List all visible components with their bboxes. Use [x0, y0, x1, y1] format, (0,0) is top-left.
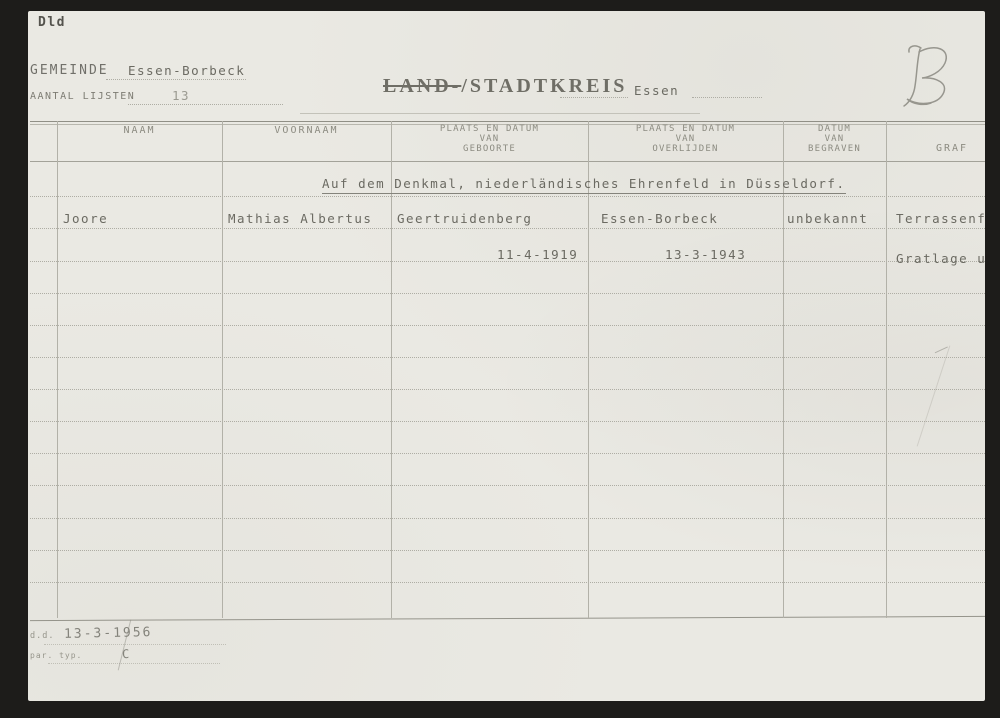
cell-geboorte-datum: 11-4-1919: [497, 247, 578, 262]
table-row-rule: [30, 582, 985, 583]
table-column-rule: [391, 121, 392, 618]
partyp-label: par. typ.: [30, 651, 82, 660]
title-rest-part: /STADTKREIS: [461, 75, 627, 97]
cell-overlijden-plaats: Essen-Borbeck: [601, 211, 718, 226]
table-column-rule: [783, 121, 784, 618]
gemeente-label: GEMEINDE: [30, 63, 109, 78]
table-row-rule: [30, 228, 985, 229]
scan-crease: [917, 345, 951, 446]
cell-overlijden-datum: 13-3-1943: [665, 247, 746, 262]
col-header-geboorte: PLAATS EN DATUM VAN GEBOORTE: [391, 124, 588, 154]
scan-smudge: [935, 346, 951, 360]
stadtkreis-value: Essen: [634, 83, 679, 98]
cell-naam: Joore: [63, 211, 108, 226]
title-rule-left: [560, 97, 628, 98]
col-header-naam: NAAM: [57, 126, 222, 136]
table-bottom-rule: [30, 616, 985, 621]
stray-rule: [300, 113, 700, 114]
table-row-rule: [30, 421, 985, 422]
title-rule-right: [692, 97, 762, 98]
table-row-rule: [30, 325, 985, 326]
table-column-rule: [222, 121, 223, 618]
scanned-form-paper: Dld GEMEINDE Essen-Borbeck AANTAL LIJSTE…: [28, 11, 985, 701]
cell-begraven: unbekannt: [787, 211, 868, 226]
col-header-voornaam: VOORNAAM: [222, 126, 391, 136]
cell-geboorte-plaats: Geertruidenberg: [397, 211, 532, 226]
header-bottom-rule: [30, 161, 985, 162]
handwritten-letter-b: [897, 42, 959, 114]
table-column-rule: [886, 121, 887, 618]
dd-value: 13-3-1956: [64, 625, 153, 642]
partyp-rule: [48, 663, 220, 664]
table-top-rule: [30, 121, 985, 122]
table-row-rule: [30, 550, 985, 551]
gemeente-rule: [106, 79, 246, 80]
col-header-overlijden: PLAATS EN DATUM VAN OVERLIJDEN: [588, 124, 783, 154]
table-row-rule: [30, 453, 985, 454]
table-row-rule: [30, 357, 985, 358]
table-row-rule: [30, 485, 985, 486]
cell-voornaam: Mathias Albertus: [228, 211, 372, 226]
form-title: LAND-/STADTKREIS: [383, 75, 627, 98]
title-struck-part: LAND-: [383, 75, 461, 97]
aantal-lijsten-value: 13: [172, 88, 190, 103]
dd-rule: [44, 644, 226, 645]
table-row-rule: [30, 389, 985, 390]
table-row-rule: [30, 518, 985, 519]
table-column-rule: [588, 121, 589, 618]
country-code: Dld: [38, 15, 66, 30]
cell-graf-line1: Terrassenf: [896, 211, 985, 226]
table-row-rule: [30, 196, 985, 197]
col-header-begraven: DATUM VAN BEGRAVEN: [783, 124, 886, 154]
aantal-rule: [128, 104, 283, 105]
cell-graf-line2: Gratlage u: [896, 251, 985, 266]
aantal-lijsten-label: AANTAL LIJSTEN: [30, 91, 135, 102]
table-row-rule: [30, 293, 985, 294]
dd-label: d.d.: [30, 631, 54, 641]
memorial-annotation: Auf dem Denkmal, niederländisches Ehrenf…: [322, 176, 846, 194]
table-column-rule: [57, 121, 58, 618]
gemeente-value: Essen-Borbeck: [128, 63, 245, 78]
col-header-graf: GRAF: [936, 144, 985, 154]
